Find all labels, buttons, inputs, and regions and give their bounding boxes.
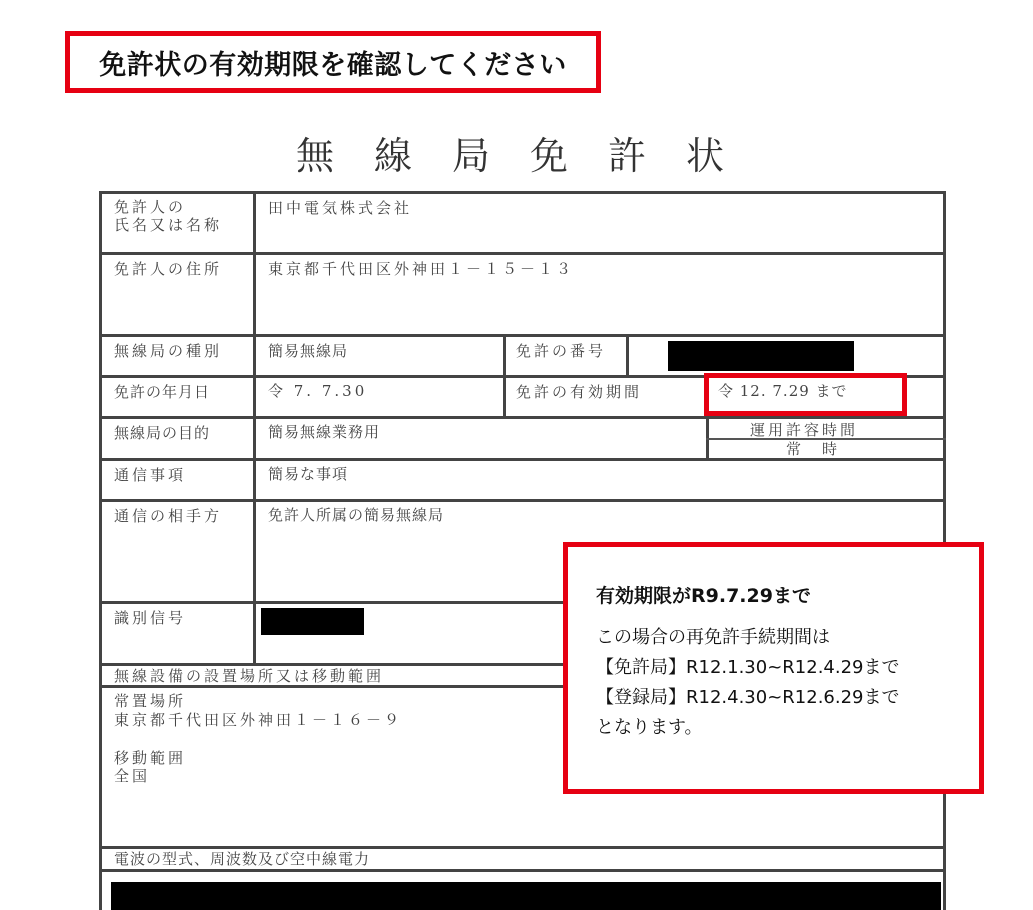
label-radio-spec: 電波の型式、周波数及び空中線電力 [114, 850, 370, 868]
label-call-sign: 識別信号 [114, 609, 186, 627]
label-licensee-name-1: 免許人の [114, 198, 186, 216]
note-line: この場合の再免許手続期間は [596, 623, 979, 653]
value-operating-hours: 常 時 [786, 440, 840, 458]
label-mobile-range: 移動範囲 [114, 749, 186, 767]
row-divider [99, 846, 946, 849]
label-validity-period: 免許の有効期間 [516, 383, 642, 401]
value-communication-partner: 免許人所属の簡易無線局 [268, 506, 444, 524]
row-divider [99, 499, 946, 502]
redacted-call-sign [261, 608, 364, 635]
validity-highlight-box [704, 373, 907, 416]
row-divider [99, 869, 946, 872]
value-license-date: 令 7. 7.30 [268, 382, 367, 400]
label-communication-partner: 通信の相手方 [114, 507, 222, 525]
label-fixed-location: 常置場所 [114, 692, 186, 710]
row-divider [99, 252, 946, 255]
label-column-divider [253, 191, 256, 666]
label-licensee-name-2: 氏名又は名称 [114, 216, 222, 234]
column-divider [626, 334, 629, 378]
label-communication-matters: 通信事項 [114, 466, 186, 484]
row-divider [99, 334, 946, 337]
note-line: 【登録局】R12.4.30~R12.6.29まで [596, 683, 979, 713]
value-station-purpose: 簡易無線業務用 [268, 423, 380, 441]
label-operating-hours: 運用許容時間 [750, 421, 858, 439]
redacted-license-number [668, 341, 854, 371]
renewal-note-callout: 有効期限がR9.7.29まで この場合の再免許手続期間は 【免許局】R12.1.… [563, 542, 984, 794]
redacted-radio-spec [111, 882, 941, 910]
value-station-type: 簡易無線局 [268, 342, 348, 360]
label-license-number: 免許の番号 [516, 342, 606, 360]
document-title: 無線局免許状 [290, 125, 770, 180]
label-station-type: 無線局の種別 [114, 342, 222, 360]
value-fixed-location: 東京都千代田区外神田１－１６－９ [114, 711, 402, 729]
label-station-purpose: 無線局の目的 [114, 424, 210, 442]
value-communication-matters: 簡易な事項 [268, 465, 348, 483]
column-divider [503, 334, 506, 419]
label-installation: 無線設備の設置場所又は移動範囲 [114, 667, 384, 685]
row-divider [99, 458, 946, 461]
value-licensee-address: 東京都千代田区外神田１－１５－１３ [268, 260, 574, 278]
value-mobile-range: 全国 [114, 767, 150, 785]
note-line: となります。 [596, 713, 979, 743]
label-licensee-address: 免許人の住所 [114, 260, 222, 278]
value-licensee-name: 田中電気株式会社 [268, 199, 412, 217]
instruction-banner: 免許状の有効期限を確認してください [65, 31, 601, 93]
table-border-left [99, 191, 102, 910]
label-license-date: 免許の年月日 [114, 383, 210, 401]
note-heading: 有効期限がR9.7.29まで [596, 583, 979, 609]
row-divider [99, 416, 946, 419]
table-border-top [99, 191, 946, 194]
note-line: 【免許局】R12.1.30~R12.4.29まで [596, 653, 979, 683]
